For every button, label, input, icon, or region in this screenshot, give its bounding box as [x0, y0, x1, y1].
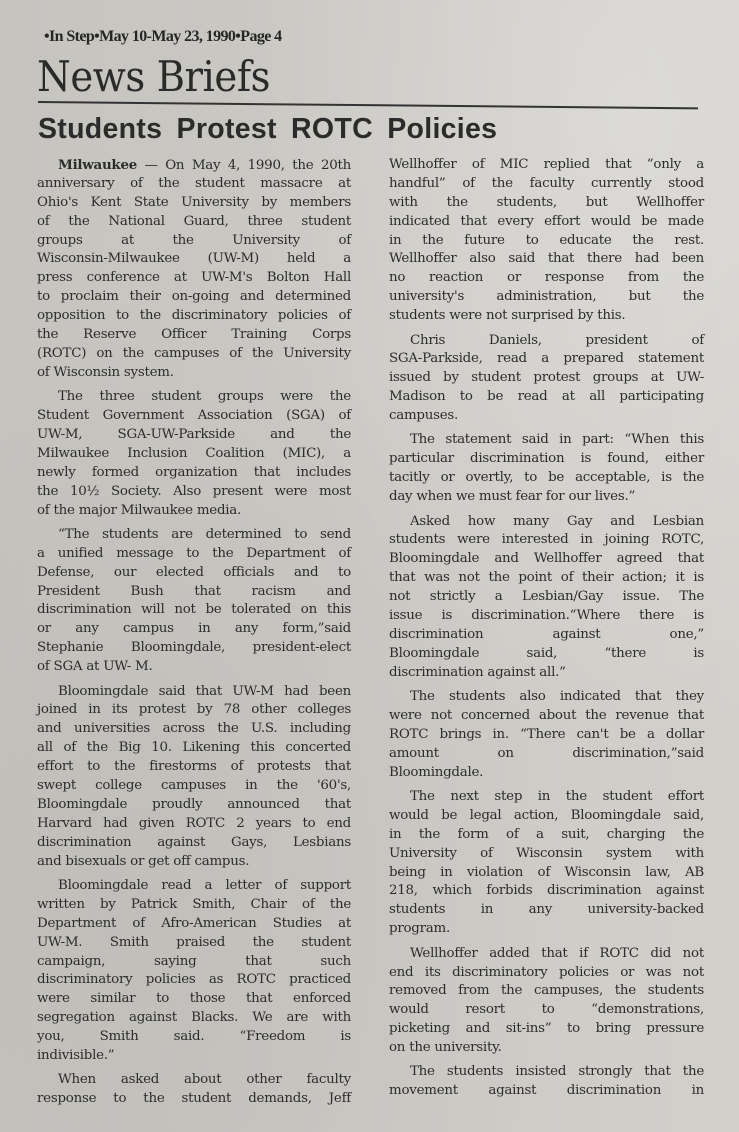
article-line: students in any university-backed	[389, 901, 704, 920]
article-line: were similar to those that enforced	[37, 990, 351, 1009]
article-line: press conference at UW-M's Bolton Hall	[37, 269, 351, 288]
article-line: Bloomingdale and Wellhoffer agreed that	[389, 550, 704, 569]
article-paragraph: The students also indicated that theywer…	[389, 688, 704, 782]
article-line: that was not the point of their action; …	[389, 569, 704, 588]
article-line: removed from the campuses, the students	[389, 982, 704, 1001]
article-line: Bloomingdale said, “there is	[389, 645, 704, 664]
article-paragraph: When asked about other facultyresponse t…	[37, 1071, 351, 1109]
article-line: written by Patrick Smith, Chair of the	[37, 896, 351, 915]
article-line: Wisconsin-Milwaukee (UW-M) held a	[37, 250, 351, 269]
article-line: handful” of the faculty currently stood	[389, 175, 704, 194]
article-line: Milwaukee Inclusion Coalition (MIC), a	[37, 445, 351, 464]
article-line: Milwaukee — On May 4, 1990, the 20th	[37, 156, 351, 175]
article-line: Bloomingdale.	[389, 764, 704, 783]
article-line: The students insisted strongly that the	[389, 1063, 704, 1082]
article-line: 218, which forbids discrimination agains…	[389, 882, 704, 901]
article-paragraph: Wellhoffer added that if ROTC did notend…	[389, 945, 704, 1058]
article-line: segregation against Blacks. We are with	[37, 1009, 351, 1028]
article-line: When asked about other faculty	[37, 1071, 351, 1090]
article-line: all of the Big 10. Likening this concert…	[37, 739, 351, 758]
article-line: the Reserve Officer Training Corps	[37, 326, 351, 345]
section-title: News Briefs	[37, 52, 270, 101]
article-headline: Students Protest ROTC Policies	[38, 113, 497, 146]
article-paragraph: “The students are determined to senda un…	[37, 526, 351, 677]
article-line: tacitly or overtly, to be acceptable, is…	[389, 469, 704, 488]
article-paragraph: Bloomingdale read a letter of supportwri…	[37, 877, 351, 1066]
article-paragraph: The three student groups were theStudent…	[37, 388, 351, 520]
article-line: Student Government Association (SGA) of	[37, 407, 351, 426]
article-line: movement against discrimination in	[389, 1082, 704, 1101]
article-line: Chris Daniels, president of	[389, 332, 704, 351]
article-line: the 10½ Society. Also present were most	[37, 483, 351, 502]
article-line: “The students are determined to send	[37, 526, 351, 545]
article-paragraph: Bloomingdale said that UW-M had beenjoin…	[37, 683, 351, 872]
article-line: joined in its protest by 78 other colleg…	[37, 701, 351, 720]
article-line: issued by student protest groups at UW-	[389, 369, 704, 388]
article-line: The students also indicated that they	[389, 688, 704, 707]
article-line: discrimination will not be tolerated on …	[37, 601, 351, 620]
article-line: Harvard had given ROTC 2 years to end	[37, 815, 351, 834]
article-line: discrimination against Gays, Lesbians	[37, 834, 351, 853]
article-line: campaign, saying that such	[37, 953, 351, 972]
article-line: newly formed organization that includes	[37, 464, 351, 483]
article-line: and universities across the U.S. includi…	[37, 720, 351, 739]
article-line: university's administration, but the	[389, 288, 704, 307]
article-line: UW-M, SGA-UW-Parkside and the	[37, 426, 351, 445]
article-line: indicated that every effort would be mad…	[389, 213, 704, 232]
article-paragraph: Milwaukee — On May 4, 1990, the 20thanni…	[37, 156, 351, 383]
article-line: The statement said in part: “When this	[389, 431, 704, 450]
article-line: with the students, but Wellhoffer	[389, 194, 704, 213]
article-line: issue is discrimination.“Where there is	[389, 607, 704, 626]
article-paragraph: Chris Daniels, president ofSGA-Parkside,…	[389, 332, 704, 426]
article-line: you, Smith said. “Freedom is	[37, 1028, 351, 1047]
article-paragraph: The next step in the student effortwould…	[389, 788, 704, 939]
article-line: in the future to educate the rest.	[389, 232, 704, 251]
article-line: response to the student demands, Jeff	[37, 1090, 351, 1109]
article-line: and bisexuals or get off campus.	[37, 853, 351, 872]
article-line: students were interested in joining ROTC…	[389, 531, 704, 550]
article-line: UW-M. Smith praised the student	[37, 934, 351, 953]
article-line: President Bush that racism and	[37, 583, 351, 602]
article-line: particular discrimination is found, eith…	[389, 450, 704, 469]
article-line: of the major Milwaukee media.	[37, 502, 351, 521]
article-line: Wellhoffer added that if ROTC did not	[389, 945, 704, 964]
article-line: effort to the firestorms of protests tha…	[37, 758, 351, 777]
article-line: Bloomingdale proudly announced that	[37, 796, 351, 815]
article-line: of SGA at UW- M.	[37, 658, 351, 677]
article-column-right: Wellhoffer of MIC replied that “only aha…	[389, 156, 704, 1107]
article-line: groups at the University of	[37, 232, 351, 251]
article-line: indivisible.”	[37, 1047, 351, 1066]
article-line: on the university.	[389, 1039, 704, 1058]
article-line: discriminatory policies as ROTC practice…	[37, 971, 351, 990]
article-line: campuses.	[389, 407, 704, 426]
article-line: discrimination against one,”	[389, 626, 704, 645]
dateline: Milwaukee	[58, 157, 137, 173]
article-line: were not concerned about the revenue tha…	[389, 707, 704, 726]
article-line: discrimination against all.”	[389, 664, 704, 683]
article-line: of the National Guard, three student	[37, 213, 351, 232]
article-line: Ohio's Kent State University by members	[37, 194, 351, 213]
folio-line: •In Step•May 10-May 23, 1990•Page 4	[44, 28, 282, 46]
article-line: Defense, our elected officials and to	[37, 564, 351, 583]
section-divider	[38, 101, 698, 109]
article-line: swept college campuses in the '60's,	[37, 777, 351, 796]
article-line: The next step in the student effort	[389, 788, 704, 807]
article-line: to proclaim their on-going and determine…	[37, 288, 351, 307]
article-line-text: — On May 4, 1990, the 20th	[137, 158, 351, 173]
article-paragraph: Wellhoffer of MIC replied that “only aha…	[389, 156, 704, 326]
article-line: Wellhoffer of MIC replied that “only a	[389, 156, 704, 175]
article-line: Asked how many Gay and Lesbian	[389, 513, 704, 532]
article-line: University of Wisconsin system with	[389, 845, 704, 864]
article-line: Bloomingdale read a letter of support	[37, 877, 351, 896]
article-line: of Wisconsin system.	[37, 364, 351, 383]
article-line: The three student groups were the	[37, 388, 351, 407]
article-line: Department of Afro-American Studies at	[37, 915, 351, 934]
article-line: in the form of a suit, charging the	[389, 826, 704, 845]
article-line: picketing and sit-ins” to bring pressure	[389, 1020, 704, 1039]
article-line: (ROTC) on the campuses of the University	[37, 345, 351, 364]
article-line: no reaction or response from the	[389, 269, 704, 288]
article-paragraph: Asked how many Gay and Lesbianstudents w…	[389, 513, 704, 683]
article-paragraph: The statement said in part: “When thispa…	[389, 431, 704, 507]
article-line: Stephanie Bloomingdale, president-elect	[37, 639, 351, 658]
article-line: opposition to the discriminatory policie…	[37, 307, 351, 326]
article-line: ROTC brings in. “There can't be a dollar	[389, 726, 704, 745]
article-column-left: Milwaukee — On May 4, 1990, the 20thanni…	[37, 156, 351, 1115]
article-line: Madison to be read at all participating	[389, 388, 704, 407]
article-line: or any campus in any form,”said	[37, 620, 351, 639]
article-line: SGA-Parkside, read a prepared statement	[389, 350, 704, 369]
article-line: not strictly a Lesbian/Gay issue. The	[389, 588, 704, 607]
article-line: day when we must fear for our lives.”	[389, 488, 704, 507]
article-line: being in violation of Wisconsin law, AB	[389, 864, 704, 883]
article-line: would resort to “demonstrations,	[389, 1001, 704, 1020]
article-line: program.	[389, 920, 704, 939]
article-line: a unified message to the Department of	[37, 545, 351, 564]
article-line: students were not surprised by this.	[389, 307, 704, 326]
article-line: would be legal action, Bloomingdale said…	[389, 807, 704, 826]
article-line: Bloomingdale said that UW-M had been	[37, 683, 351, 702]
article-paragraph: The students insisted strongly that them…	[389, 1063, 704, 1101]
article-line: Wellhoffer also said that there had been	[389, 250, 704, 269]
article-line: amount on discrimination,”said	[389, 745, 704, 764]
article-line: anniversary of the student massacre at	[37, 175, 351, 194]
newspaper-page: •In Step•May 10-May 23, 1990•Page 4 News…	[0, 0, 739, 1132]
article-line: end its discriminatory policies or was n…	[389, 964, 704, 983]
